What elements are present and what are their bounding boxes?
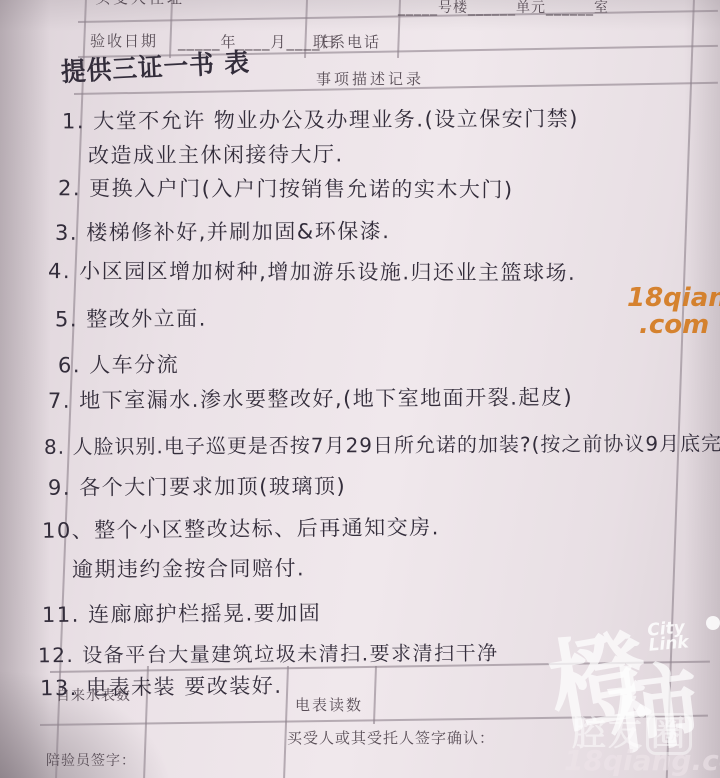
side-watermark: 18qiang .com <box>627 285 720 339</box>
section-title: 事项描述记录 <box>316 68 424 89</box>
bottom-column-line-3 <box>373 666 377 724</box>
contact-phone-label: 联系电话 <box>313 31 381 52</box>
logo-dot-icon <box>706 616 720 630</box>
handwritten-item: 6. 人车分流 <box>58 349 179 380</box>
buyer-address-label: 买受人住址 <box>95 0 185 8</box>
handwritten-item: 9. 各个大门要求加顶(玻璃顶) <box>48 470 346 502</box>
photographed-form-paper: 买受人住址 _____号楼______单元______室 验收日期 _____年… <box>0 0 720 778</box>
handwritten-item: 5. 整改外立面. <box>55 303 207 334</box>
address-blanks: _____号楼______单元______室 <box>398 0 609 17</box>
logo-tagline-line2: Link <box>648 632 690 655</box>
handwritten-item: 4. 小区园区增加树种,增加游乐设施.归还业主篮球场. <box>48 255 576 287</box>
side-watermark-line2: .com <box>627 312 720 339</box>
buyer-signature-label: 买受人或其受托人签字确认： <box>287 727 495 748</box>
side-watermark-line1: 18qiang <box>627 283 720 313</box>
handwritten-item: 逾期违约金按合同赔付. <box>72 552 305 583</box>
handwritten-item: 3. 楼梯修补好,并刷加固&环保漆. <box>55 215 391 247</box>
inspector-signature-label: 陪验员签字： <box>46 750 136 770</box>
handwritten-item: 12. 设备平台大量建筑垃圾未清扫.要求清扫干净 <box>38 637 499 668</box>
handwritten-item: 8. 人脸识别.电子巡更是否按7月29日所允诺的加装?(按之前协议9月底完成 <box>44 427 720 460</box>
handwritten-item: 改造成业主休闲接待大厅. <box>88 138 344 169</box>
handwritten-note-title: 提供三证一书 表 <box>60 42 251 89</box>
logo-tagline: City Link <box>647 620 690 653</box>
handwritten-item: 11. 连廊廊护栏摇晃.要加固 <box>42 597 321 629</box>
handwritten-item: 2. 更换入户门(入户门按销售允诺的实木大门) <box>58 172 514 204</box>
electric-meter-label: 电表读数 <box>295 694 363 715</box>
site-logo-watermark: 橙 柿 City Link 腔友圈 18qiang.com <box>548 596 720 778</box>
handwritten-item: 1. 大堂不允许 物业办公及办理业务.(设立保安门禁) <box>62 103 579 136</box>
handwritten-item: 10、整个小区整改达标、后再通知交房. <box>42 511 440 544</box>
handwritten-item: 13. 电表未装 要改装好. <box>40 670 283 703</box>
handwritten-item: 7. 地下室漏水.渗水要整改好,(地下室地面开裂.起皮) <box>48 381 573 415</box>
logo-site-url: 18qiang.com <box>564 744 720 777</box>
